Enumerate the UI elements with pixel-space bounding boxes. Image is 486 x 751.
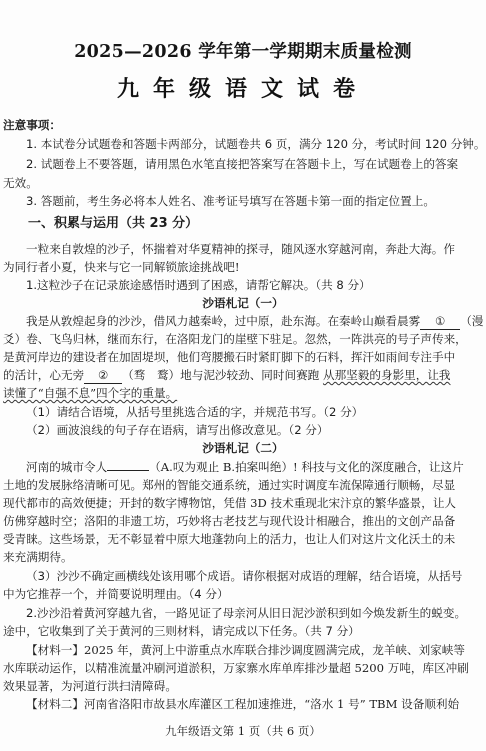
notice-item-2-cont: 无效。 (3, 176, 483, 191)
note-1-text: 我是从敦煌起身的沙沙，借风力越秦岭，过中原，赴东海。在秦岭山巅看晨雾 (26, 314, 420, 328)
question-2-prompt-cont: 途中，它收集到了关于黄河的三则材料，请完成以下任务。（共 7 分） (3, 624, 483, 639)
idiom-blank[interactable] (107, 470, 149, 471)
note-2-line-3: 现代都市的高效便捷；开封的数字博物馆，凭借 3D 技术重现北宋汴京的繁华盛景，让… (3, 496, 483, 511)
note-2-line-4: 仿佛穿越时空；洛阳的非遗工坊，巧妙将古老技艺与现代设计相融合，推出的文创产品备 (3, 514, 483, 529)
material-1-line-3: 效果显著，为河道行洪扫清障碍。 (3, 679, 483, 694)
notice-item-3: 3. 答题前，考生务必将本人姓名、准考证号填写在答题卡第一面的指定位置上。 (26, 194, 486, 209)
blank-1[interactable]: ① (420, 314, 460, 330)
material-2-line-1: 【材料二】河南省洛阳市故县水库灌区工程加速推进，“洛水 1 号” TBM 设备顺… (26, 697, 486, 712)
note-1-line-3: 是黄河岸边的建设者在加固堤坝，他们弯腰搬石时紧盯脚下的石料，挥汗如雨间专注手中 (3, 350, 483, 365)
section-heading: 一、积累与运用（共 23 分） (28, 216, 486, 231)
sub-question-3-cont: 中为它推荐一个，并简要说明理由。（4 分） (3, 587, 483, 602)
note-1-line-2: 爻）卷、飞鸟归林，继而东行，在洛阳龙门的崖壁下驻足。忽然，一阵洪亮的号子声传来， (3, 332, 483, 347)
note-1-line-5: 读懂了“自强不息”四个字的重量。 (3, 386, 483, 401)
notice-item-2: 2. 试题卷上不要答题，请用黑色水笔直接把答案写在答题卡上，写在试题卷上的答案 (26, 157, 486, 172)
page-footer: 九年级语文第 1 页（共 6 页） (0, 723, 486, 739)
question-2-prompt: 2.沙沙沿着黄河穿越九省，一路见证了母亲河从旧日泥沙淤积到如今焕发新生的蜕变。 (26, 606, 486, 621)
note-2-text: （A.叹为观止 B.拍案叫绝）! 科技与文化的深度融合，让这片 (149, 460, 464, 474)
blank-2[interactable]: ② (84, 368, 122, 384)
note-2-line-1: 河南的城市令人（A.叹为观止 B.拍案叫绝）! 科技与文化的深度融合，让这片 (26, 460, 486, 475)
question-1-prompt: 1.这粒沙子在记录旅途感悟时遇到了困惑，请帮它解决。（共 8 分） (26, 278, 486, 293)
sub-question-1: （1）请结合语境，从括号里挑选合适的字，并规范书写。（2 分） (26, 405, 486, 420)
sub-question-3: （3）沙沙不确定画横线处该用哪个成语。请你根据对成语的理解，结合语境，从括号 (26, 569, 486, 584)
note-1-text: 的活计，心无旁 (3, 368, 84, 382)
exam-page: 2025—2026 学年第一学期期末质量检测 九年级语文试卷 注意事项： 1. … (0, 0, 486, 751)
note-2-text: 河南的城市令人 (26, 460, 107, 474)
sub-question-2: （2）画波浪线的句子存在语病，请写出修改意见。（2 分） (26, 423, 486, 438)
notice-item-1: 1. 本试卷分试题卷和答题卡两部分，试题卷共 6 页，满分 120 分，考试时间… (26, 137, 486, 152)
wavy-sentence: 从那坚毅的身影里，让我 (323, 368, 451, 382)
notice-heading: 注意事项： (3, 118, 483, 133)
material-1-line-2: 水库联动运作，以精准流量冲刷河道淤积，万家寨水库单库排沙量超 5200 万吨，库… (3, 661, 483, 676)
note-1-line-1: 我是从敦煌起身的沙沙，借风力越秦岭，过中原，赴东海。在秦岭山巅看晨雾①（漫 (26, 314, 486, 330)
note-1-title: 沙语札记（一） (0, 296, 486, 311)
intro-line-2: 为同行者小夏，快来与它一同解锁旅途挑战吧! (3, 260, 483, 275)
note-2-title: 沙语札记（二） (0, 441, 486, 456)
note-1-text: （漫 (460, 314, 483, 328)
note-1-line-4: 的活计，心无旁②（骛 鹜）地与泥沙较劲、同时间赛跑 从那坚毅的身影里，让我 (3, 368, 483, 384)
material-1-line-1: 【材料一】2025 年，黄河上中游重点水库联合排沙调度圆满完成，龙羊峡、刘家峡等 (26, 643, 486, 658)
note-1-text: （骛 鹜）地与泥沙较劲、同时间赛跑 (122, 368, 319, 382)
note-2-line-6: 来充满期待。 (3, 550, 483, 565)
note-2-line-2: 土地的发展脉络清晰可见。郑州的智能交通系统，通过实时调度车流保障通行顺畅，尽显 (3, 478, 483, 493)
exam-subtitle: 九年级语文试卷 (0, 72, 486, 103)
exam-title: 2025—2026 学年第一学期期末质量检测 (0, 38, 486, 63)
intro-line-1: 一粒来自敦煌的沙子，怀揣着对华夏精神的探寻，随风逐水穿越河南，奔赴大海。作 (26, 242, 486, 257)
wavy-sentence: 读懂了“自强不息”四个字的重量。 (3, 386, 177, 400)
note-2-line-5: 受青睐。这些场景，无不彰显着中原大地蓬勃向上的活力，也让人们对这片文化沃土的未 (3, 532, 483, 547)
